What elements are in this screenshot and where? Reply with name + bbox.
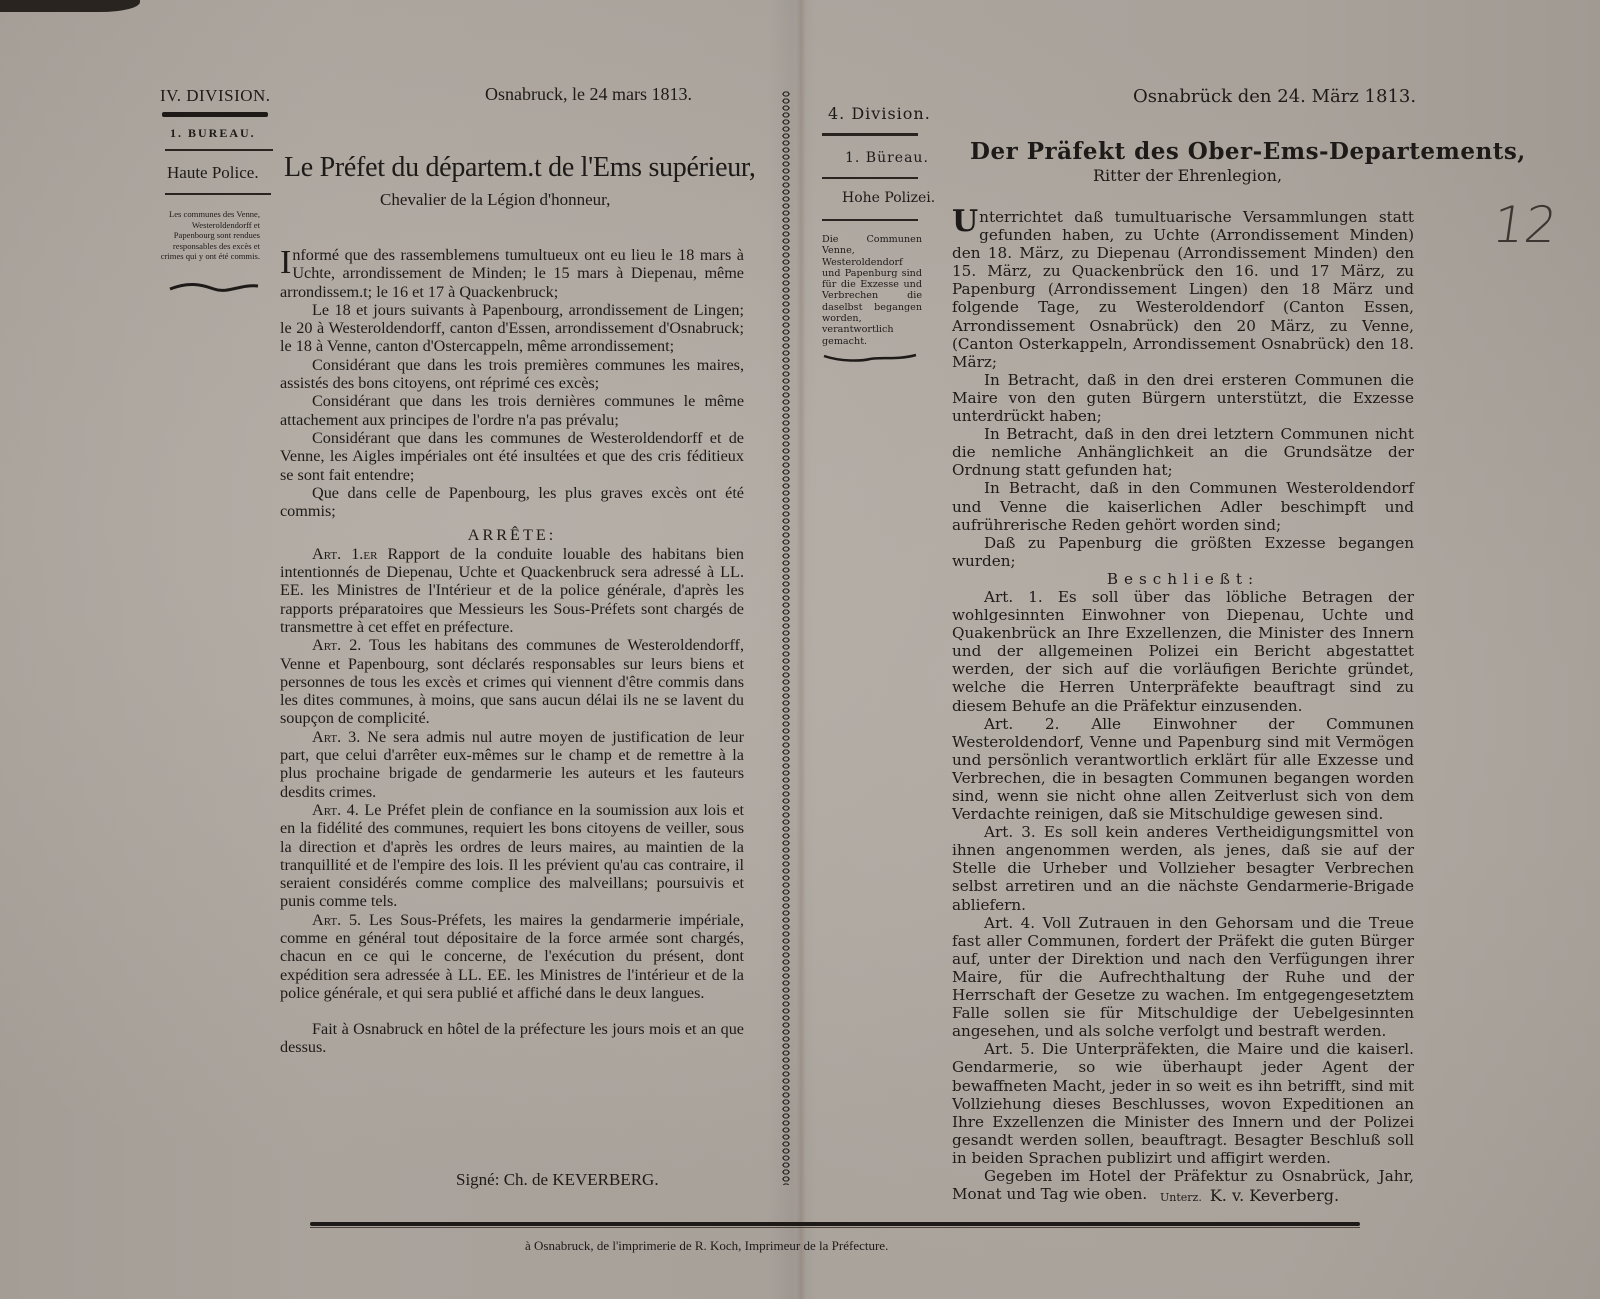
de-article: Art. 4. Voll Zutrauen in den Gehorsam un…	[952, 914, 1414, 1041]
divider	[822, 177, 918, 179]
de-decree-heading: Beschließt:	[952, 570, 1414, 588]
fr-title: Le Préfet du départem.t de l'Ems supérie…	[284, 152, 756, 184]
de-article-label: Art. 4.	[984, 914, 1035, 932]
de-article-text: Es soll über das löbliche Betragen der w…	[952, 588, 1414, 715]
de-signature-name: K. v. Keverberg.	[1210, 1186, 1339, 1205]
fr-article-label: Art. 2.	[312, 636, 361, 654]
de-article-label: Art. 1.	[984, 588, 1043, 606]
swash-ornament-icon	[822, 352, 918, 364]
de-paragraph: Daß zu Papenburg die größten Exzesse beg…	[952, 534, 1414, 570]
de-article-label: Art. 3.	[984, 823, 1036, 841]
divider	[822, 219, 918, 221]
de-paragraph: In Betracht, daß in den Communen Westero…	[952, 479, 1414, 533]
de-article-text: Die Unterpräfekten, die Maire und die ka…	[952, 1040, 1414, 1167]
de-margin-note: Die Communen Venne, Westeroldendorf und …	[822, 234, 922, 347]
fr-division: IV. DIVISION.	[160, 86, 271, 106]
de-dateline: Osnabrück den 24. März 1813.	[1133, 86, 1416, 107]
de-article-text: Voll Zutrauen in den Gehorsam und die Tr…	[952, 914, 1414, 1041]
de-title: Der Präfekt des Ober-Ems-Departements,	[970, 138, 1526, 165]
fr-article: Art. 4. Le Préfet plein de confiance en …	[280, 801, 744, 911]
fr-article: Art. 1.er Rapport de la conduite louable…	[280, 545, 744, 636]
fr-paragraph: Que dans celle de Papenbourg, les plus g…	[280, 484, 744, 521]
divider	[165, 149, 273, 151]
swash-ornament-icon	[168, 280, 260, 294]
footer-rule	[310, 1222, 1360, 1226]
divider	[822, 133, 918, 136]
fr-subtitle: Chevalier de la Légion d'honneur,	[380, 190, 610, 210]
fr-article-label: Art. 3.	[312, 728, 360, 746]
fr-body: Informé que des rassemblemens tumultueux…	[280, 246, 744, 1057]
de-article: Art. 3. Es soll kein anderes Vertheidigu…	[952, 823, 1414, 913]
divider	[165, 193, 271, 195]
de-signature-prefix: Unterz.	[1160, 1191, 1202, 1204]
fr-signature: Signé: Ch. de KEVERBERG.	[456, 1170, 659, 1190]
fr-article-label: Art. 1.er	[312, 545, 377, 563]
de-signature: Unterz.K. v. Keverberg.	[1160, 1186, 1339, 1205]
fr-article-label: Art. 4.	[312, 801, 359, 819]
de-body: Unterrichtet daß tumultuarische Versamml…	[952, 208, 1414, 1203]
de-paragraph: In Betracht, daß in den drei letztern Co…	[952, 425, 1414, 479]
fr-closing: Fait à Osnabruck en hôtel de la préfectu…	[280, 1020, 744, 1057]
fr-bureau: 1. BUREAU.	[170, 126, 256, 141]
de-article: Art. 2. Alle Einwohner der Communen West…	[952, 715, 1414, 824]
de-division: 4. Division.	[828, 104, 931, 123]
fr-margin-note: Les communes des Venne, Westeroldendorff…	[156, 209, 260, 262]
fr-dateline: Osnabruck, le 24 mars 1813.	[485, 84, 692, 105]
de-article: Art. 5. Die Unterpräfekten, die Maire un…	[952, 1040, 1414, 1167]
fr-article: Art. 3. Ne sera admis nul autre moyen de…	[280, 728, 744, 801]
fr-paragraph: Considérant que dans les trois premières…	[280, 356, 744, 393]
handwritten-page-number: 12	[1489, 196, 1561, 254]
torn-edge	[0, 0, 140, 12]
fr-decree-heading: ARRÊTE:	[280, 526, 744, 544]
fr-article: Art. 2. Tous les habitans des communes d…	[280, 636, 744, 727]
printer-imprint: à Osnabruck, de l'imprimerie de R. Koch,…	[525, 1238, 888, 1254]
fr-article: Art. 5. Les Sous-Préfets, les maires la …	[280, 911, 744, 1002]
center-fold	[796, 0, 806, 1299]
de-article-label: Art. 2.	[984, 715, 1059, 733]
fr-article-label: Art. 5.	[312, 911, 361, 929]
fr-paragraph: Considérant que dans les trois dernières…	[280, 392, 744, 429]
de-paragraph: Unterrichtet daß tumultuarische Versamml…	[952, 208, 1414, 371]
chain-border-ornament	[781, 90, 791, 1185]
fr-paragraph: Le 18 et jours suivants à Papenbourg, ar…	[280, 301, 744, 356]
divider	[162, 112, 268, 117]
fr-paragraph: Informé que des rassemblemens tumultueux…	[280, 246, 744, 301]
de-article-label: Art. 5.	[984, 1040, 1035, 1058]
de-bureau: 1. Büreau.	[845, 150, 929, 166]
de-article: Art. 1. Es soll über das löbliche Betrag…	[952, 588, 1414, 715]
footer-rule-thin	[310, 1227, 1360, 1228]
de-subtitle: Ritter der Ehrenlegion,	[1093, 166, 1282, 185]
de-section: Hohe Polizei.	[842, 190, 935, 206]
de-paragraph: In Betracht, daß in den drei ersteren Co…	[952, 371, 1414, 425]
fr-section: Haute Police.	[167, 163, 259, 183]
fr-paragraph: Considérant que dans les communes de Wes…	[280, 429, 744, 484]
